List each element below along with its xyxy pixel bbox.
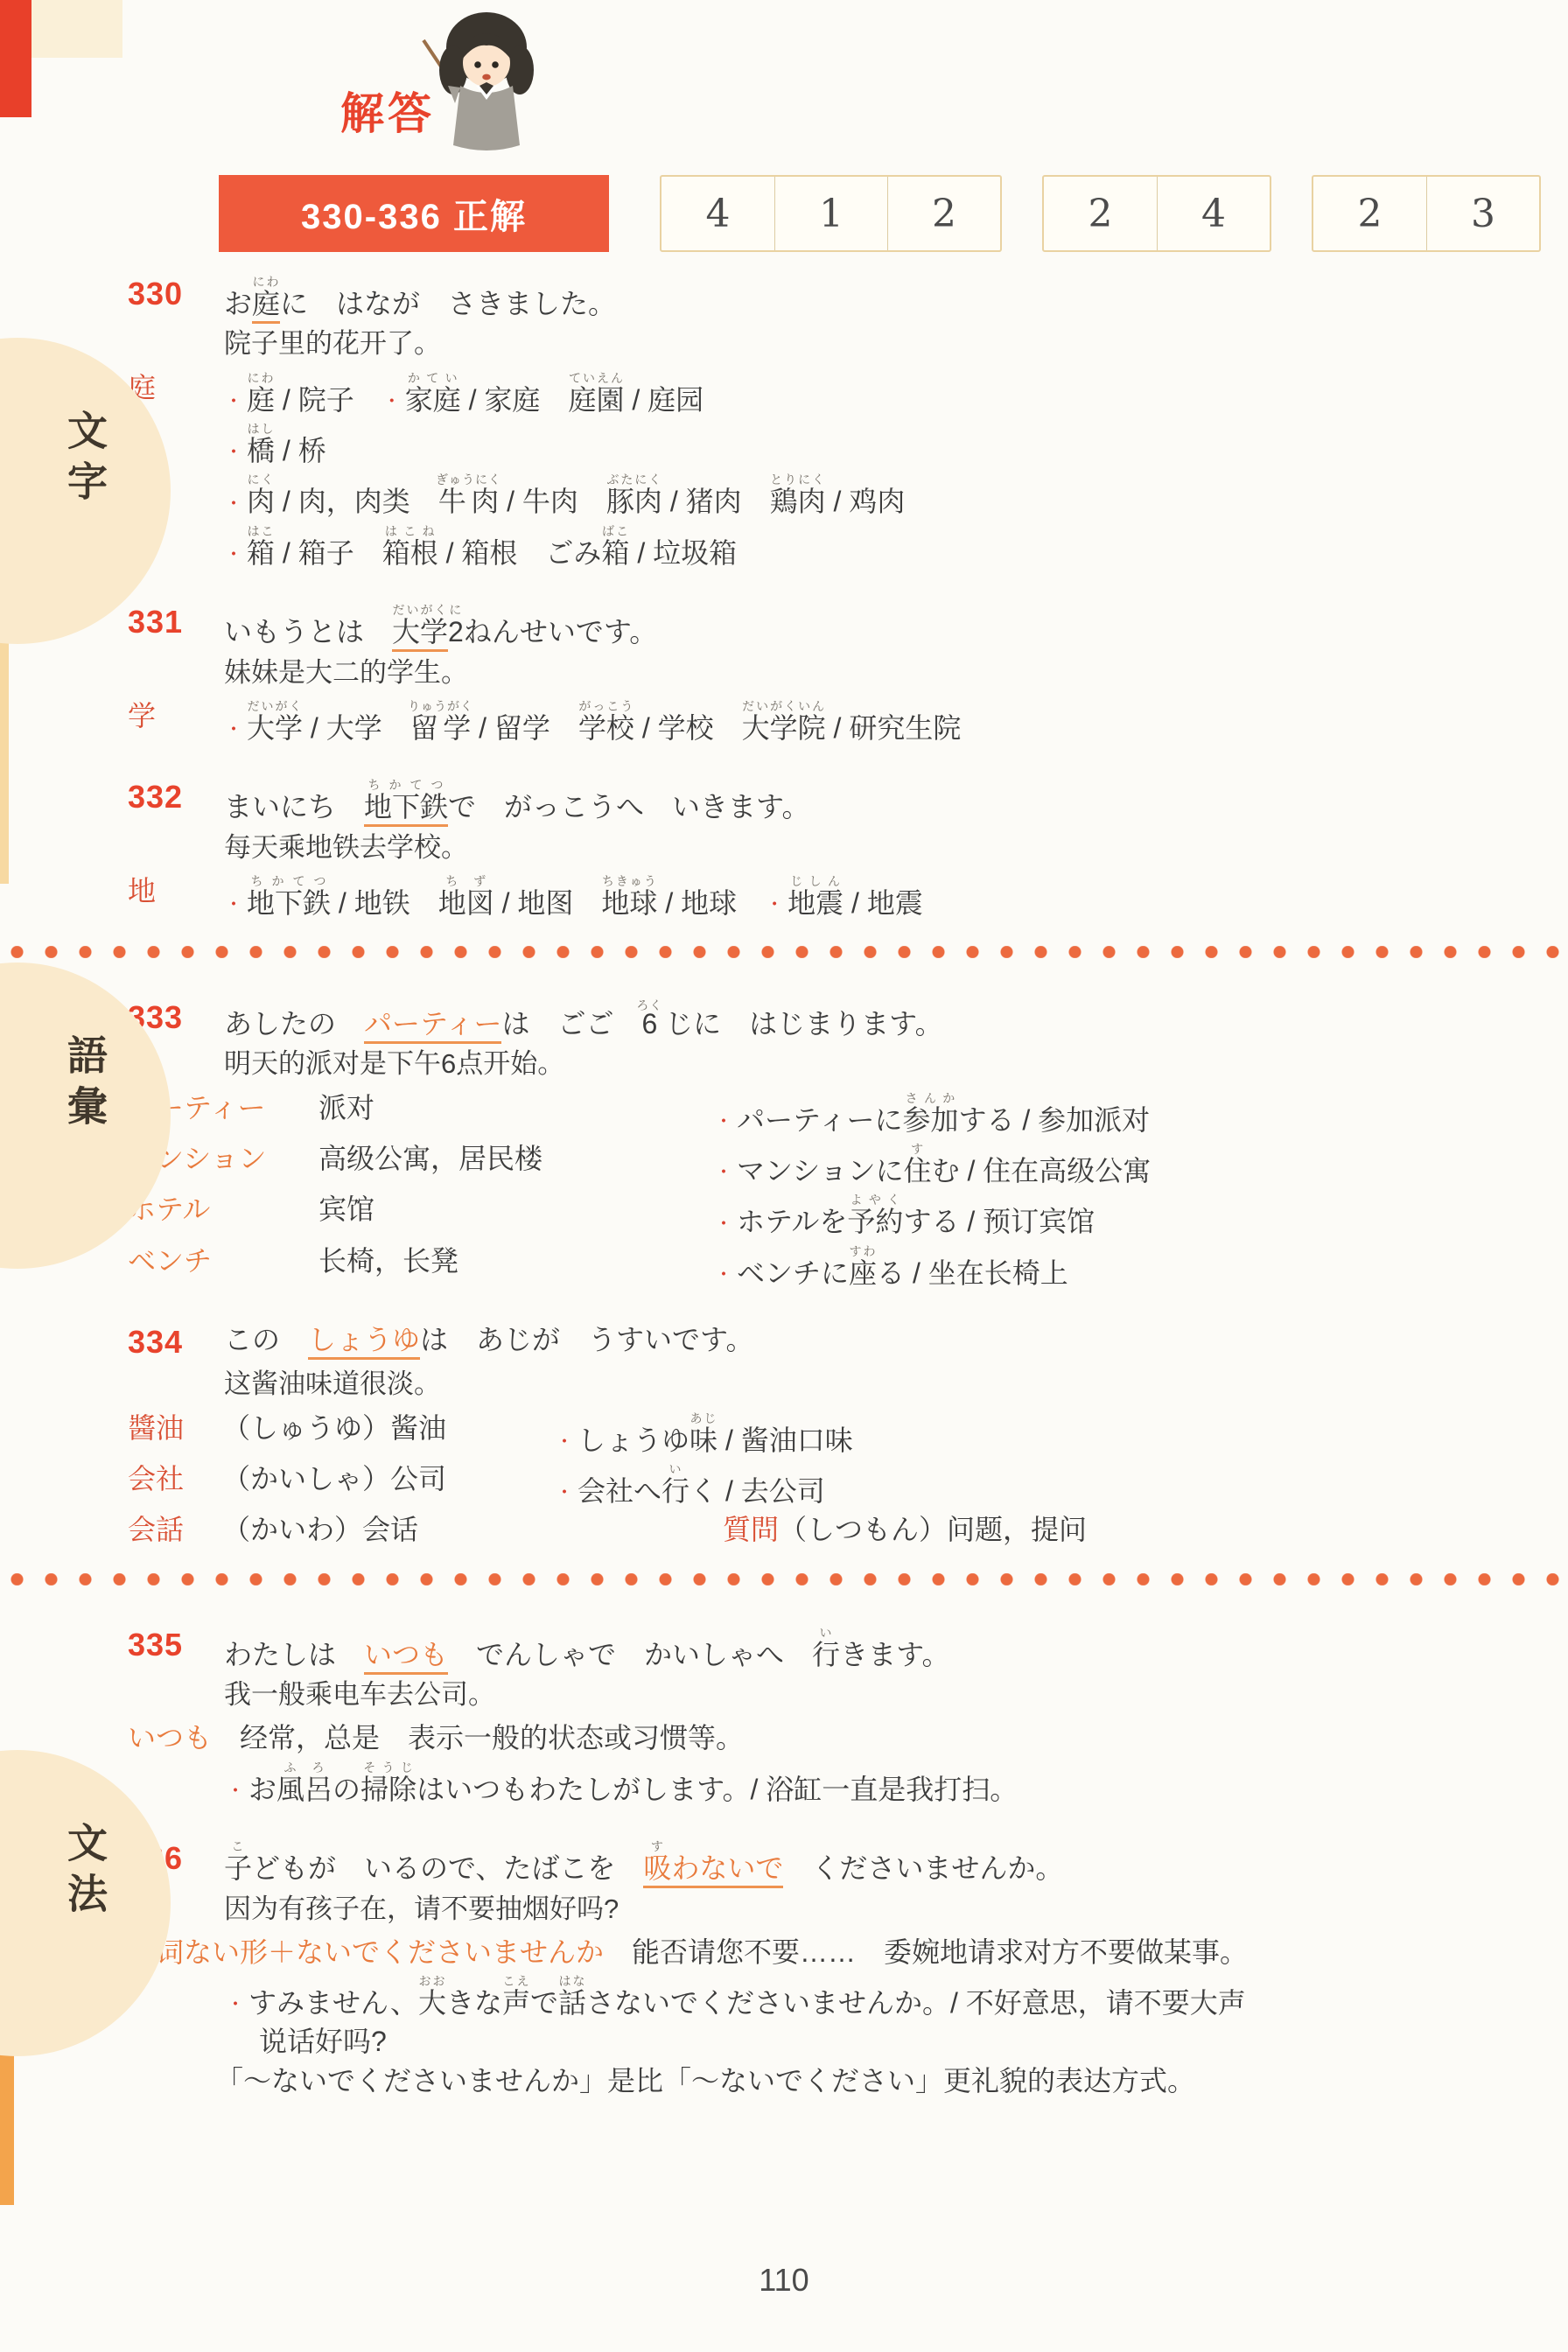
text-segment: / 猪肉	[662, 486, 770, 517]
text-segment: ・	[226, 1993, 245, 2015]
answer-cell: 2	[1044, 177, 1157, 250]
entry-body: ・ベンチに座すわる / 坐在长椅上	[714, 1244, 1491, 1290]
entry-body: ・マンションに住すむ / 住在高级公寓	[714, 1142, 1491, 1187]
question-text: いもうとは 大学だいがく2にねんせいです。	[224, 603, 1491, 648]
text-segment: いつも	[128, 1722, 212, 1753]
answer-cell-group: 24	[1042, 175, 1271, 252]
text-segment: / 庭园	[624, 384, 703, 416]
ruby-text: 庭にわ	[252, 288, 280, 324]
ruby-text: 地下鉄ちかてつ	[364, 791, 448, 827]
text-segment: はいつもわたしがします。/ 浴缸一直是我打扫。	[416, 1774, 1018, 1805]
text-segment: / 家庭	[461, 384, 569, 416]
question-text: あしたの パーティーは ごご 6ろく じに はじまります。	[224, 998, 1491, 1040]
ruby-text: 箱ばこ	[601, 537, 629, 569]
ruby-text: 牛肉ぎゅうにく	[438, 486, 500, 517]
ruby-text: 2に	[448, 616, 464, 647]
text-segment: まいにち	[224, 791, 364, 822]
text-segment: で がっこうへ いきます。	[448, 791, 809, 822]
textbook-page: 文字 語彙 文法 解答 330-336	[0, 0, 1568, 2352]
ruby-text: 話はな	[558, 1987, 586, 2019]
entry-head: 地	[128, 874, 224, 920]
text-segment: すみません、	[248, 1987, 418, 2019]
text-segment: きな	[446, 1987, 502, 2019]
text-segment: 会社へ	[577, 1475, 661, 1507]
text-segment: しょうゆ	[577, 1424, 689, 1456]
text-segment: 質問	[723, 1514, 779, 1545]
entry-row: 会話（かいわ）会话 質問（しつもん）问题，提问	[128, 1513, 1491, 1546]
ruby-text: 鶏肉とりにく	[770, 486, 826, 517]
text-segment: / 地图	[494, 887, 602, 919]
question-text: この しょうゆは あじが うすいです。	[224, 1323, 1491, 1361]
sidebar-tab-grammar-label: 文法	[56, 1822, 114, 1923]
answer-cell: 4	[661, 177, 774, 250]
text-segment: ・	[714, 1110, 733, 1132]
question-line: 330お庭にわに はなが さきました。	[128, 275, 1491, 320]
entry-head: 醬油	[128, 1411, 222, 1457]
entry-row: ホテル宾馆・ホテルを予約よやくする / 预订宾馆	[128, 1193, 1491, 1238]
text-segment: ・	[714, 1213, 733, 1235]
text-segment: あしたの	[224, 1008, 364, 1039]
ruby-text: 肉にく	[247, 486, 275, 517]
answer-cells: 4122423	[660, 175, 1541, 252]
text-segment: / 地震	[843, 887, 923, 919]
entry-head: 会社	[128, 1462, 222, 1508]
entry-body: 質問（しつもん）问题，提问	[555, 1513, 1491, 1546]
text-segment: / 箱子	[275, 537, 382, 569]
question-line: 336子こどもが いるので、たばこを 吸すわないで くださいませんか。	[128, 1839, 1491, 1885]
text-segment: / 学校	[634, 712, 742, 744]
text-segment: ベンチに	[737, 1257, 849, 1289]
text-segment: / 大学	[303, 712, 410, 744]
text-segment: は あじが うすいです。	[420, 1324, 753, 1355]
text-segment: ・	[382, 390, 402, 412]
question-line: 334この しょうゆは あじが うすいです。	[128, 1323, 1491, 1361]
text-segment: わないで	[671, 1852, 783, 1888]
question-line: 335わたしは いつも でんしゃで かいしゃへ 行いきます。	[128, 1626, 1491, 1671]
text-segment: いもうとは	[224, 616, 392, 647]
corner-red-bar	[0, 0, 31, 117]
ruby-text: 箱はこ	[247, 537, 275, 569]
entry-row: 醬油（しゅうゆ）酱油・しょうゆ味あじ / 酱油口味	[128, 1411, 1491, 1457]
ruby-text: 地球ちきゅう	[601, 887, 657, 919]
text-segment: 能否请您不要…… 委婉地请求对方不要做某事。	[604, 1936, 1248, 1968]
text-segment: どもが いるので、たばこを	[252, 1852, 643, 1884]
text-segment: 动词ない形＋ないでくださいませんか	[128, 1936, 604, 1968]
text-segment: く / 去公司	[689, 1475, 825, 1507]
entry-body: ・パーティーに参加さんかする / 参加派对	[714, 1091, 1491, 1137]
ruby-text: 箱根はこね	[382, 537, 438, 569]
entry-row: ・お風呂ふろの掃除そうじはいつもわたしがします。/ 浴缸一直是我打扫。	[226, 1760, 1491, 1806]
ruby-text: 学校がっこう	[578, 712, 634, 744]
text-segment: くださいませんか。	[783, 1852, 1063, 1884]
ruby-text: 味あじ	[689, 1424, 717, 1456]
entry-body: ・箱はこ / 箱子 箱根はこね / 箱根 ごみ箱ばこ / 垃圾箱	[224, 524, 1491, 570]
ruby-text: 行い	[661, 1475, 689, 1507]
entry-reading: （かいしゃ）公司	[222, 1462, 555, 1508]
answer-cell-group: 412	[660, 175, 1002, 252]
mascot-girl-icon	[406, 5, 563, 156]
entry-body: ・ホテルを予約よやくする / 预订宾馆	[714, 1193, 1491, 1238]
entry-head: 学	[128, 699, 224, 745]
ruby-text: 留学りゅうがく	[410, 712, 472, 744]
question-line: 331いもうとは 大学だいがく2にねんせいです。	[128, 603, 1491, 648]
text-segment: 说话好吗?	[259, 2026, 387, 2057]
text-segment: きます。	[840, 1639, 949, 1670]
question-number: 335	[128, 1626, 224, 1671]
text-segment: / 肉，肉类	[275, 486, 438, 517]
translation-line: 每天乘地铁去学校。	[224, 831, 1491, 864]
text-segment: / 鸡肉	[826, 486, 906, 517]
entry-body: ・肉にく / 肉，肉类 牛肉ぎゅうにく / 牛肉 豚肉ぶたにく / 猪肉 鶏肉と…	[224, 472, 1491, 518]
text-segment: は ごご	[501, 1008, 641, 1039]
text-segment: ・	[555, 1431, 574, 1452]
text-segment: / 研究生院	[826, 712, 962, 744]
answer-cell: 2	[1313, 177, 1426, 250]
text-segment: / 酱油口味	[717, 1424, 853, 1456]
text-segment: ・	[226, 1780, 245, 1802]
translation-line: 明天的派对是下午6点开始。	[224, 1047, 1491, 1080]
ruby-text: 家庭かてい	[405, 384, 461, 416]
entry-gloss: 长椅，长凳	[318, 1244, 714, 1290]
sidebar-tab-characters-label: 文字	[56, 409, 114, 511]
text-segment: / 留学	[471, 712, 578, 744]
question-text: 子こどもが いるので、たばこを 吸すわないで くださいませんか。	[224, 1839, 1491, 1885]
translation-line: 因为有孩子在，请不要抽烟好吗?	[224, 1893, 1491, 1925]
entry-row: 橋・橋はし / 桥	[128, 422, 1491, 467]
ruby-text: 予約よやく	[847, 1206, 903, 1237]
answer-cell: 2	[887, 177, 1000, 250]
ruby-text: 豚肉ぶたにく	[606, 486, 662, 517]
answer-key-label: 330-336 正解	[219, 175, 609, 252]
text-segment: パーティー	[364, 1008, 501, 1044]
ruby-text: 大おお	[418, 1987, 446, 2019]
ruby-text: 地震じしん	[787, 887, 843, 919]
ruby-text: 橋はし	[247, 435, 275, 466]
text-segment: さないでくださいませんか。/ 不好意思，请不要大声	[586, 1987, 1246, 2019]
text-segment: ・	[714, 1263, 733, 1285]
question-text: まいにち 地下鉄ちかてつで がっこうへ いきます。	[224, 778, 1491, 823]
question-number: 334	[128, 1323, 224, 1361]
ruby-text: 地下鉄ちかてつ	[247, 887, 331, 919]
ruby-text: 庭にわ	[247, 384, 275, 416]
dotted-separator	[0, 946, 1568, 958]
entry-head: ベンチ	[128, 1244, 318, 1290]
entry-body: ・会社へ行いく / 去公司	[555, 1462, 1491, 1508]
entry-row: 地・地下鉄ちかてつ / 地铁 地図ちず / 地图 地球ちきゅう / 地球 ・地震…	[128, 874, 1491, 920]
text-segment: ・	[224, 441, 243, 463]
entry-row: 肉・肉にく / 肉，肉类 牛肉ぎゅうにく / 牛肉 豚肉ぶたにく / 猪肉 鶏肉…	[128, 472, 1491, 518]
text-segment: する / 参加派对	[958, 1104, 1150, 1136]
entry-row: 说话好吗?	[259, 2025, 1491, 2058]
ruby-text: 庭園ていえん	[568, 384, 624, 416]
text-segment: ・	[765, 893, 784, 915]
text-segment: お	[224, 288, 252, 319]
text-segment: ・	[714, 1161, 733, 1183]
question-text: わたしは いつも でんしゃで かいしゃへ 行いきます。	[224, 1626, 1491, 1671]
text-segment: / 垃圾箱	[629, 537, 737, 569]
entry-row: ・すみません、大おおきな声こえで話はなさないでくださいませんか。/ 不好意思，请…	[226, 1974, 1491, 2019]
entry-body: ・橋はし / 桥	[224, 422, 1491, 467]
translation-line: 妹妹是大二的学生。	[224, 656, 1491, 689]
question-text: お庭にわに はなが さきました。	[224, 275, 1491, 320]
main-column: 解答 330-336 正解 4122423 330お庭にわ	[0, 0, 1568, 2097]
ruby-text: 座すわ	[849, 1257, 877, 1289]
text-segment: / 桥	[275, 435, 326, 466]
ruby-text: 声こえ	[502, 1987, 530, 2019]
entry-reading: （しゅうゆ）酱油	[222, 1411, 555, 1457]
entry-gloss: 宾馆	[318, 1193, 714, 1238]
ruby-text: 大学だいがく	[392, 616, 448, 652]
entry-row: マンション高级公寓，居民楼・マンションに住すむ / 住在高级公寓	[128, 1142, 1491, 1187]
entry-row: 学・大学だいがく / 大学 留学りゅうがく / 留学 学校がっこう / 学校 大…	[128, 699, 1491, 745]
text-segment: この	[224, 1324, 308, 1355]
text-segment: しょうゆ	[308, 1324, 420, 1360]
entry-body: ・庭にわ / 院子 ・家庭かてい / 家庭 庭園ていえん / 庭园	[224, 371, 1491, 416]
text-segment: でんしゃで かいしゃへ	[448, 1639, 812, 1670]
text-segment: / 地球	[657, 887, 765, 919]
page-number: 110	[0, 2262, 1568, 2299]
text-segment: ホテルを	[737, 1206, 847, 1237]
answer-cell: 4	[1157, 177, 1270, 250]
question-number: 331	[128, 603, 224, 648]
answer-cell-group: 23	[1312, 175, 1541, 252]
text-segment: 「〜ないでくださいませんか」是比「〜ないでください」更礼貌的表达方式。	[215, 2065, 1195, 2096]
ruby-text: 行い	[812, 1639, 840, 1670]
entry-row: 会社（かいしゃ）公司・会社へ行いく / 去公司	[128, 1462, 1491, 1508]
entry-row: パーティー派对・パーティーに参加さんかする / 参加派对	[128, 1091, 1491, 1137]
text-segment: に はなが さきました。	[280, 288, 616, 319]
ruby-text: 参加さんか	[902, 1104, 958, 1136]
text-segment: する / 预订宾馆	[903, 1206, 1095, 1237]
question-line: 333あしたの パーティーは ごご 6ろく じに はじまります。	[128, 998, 1491, 1040]
page-header: 解答	[128, 5, 1491, 163]
entry-row: 「〜ないでくださいませんか」是比「〜ないでください」更礼貌的表达方式。	[215, 2064, 1491, 2097]
ruby-text: 住す	[904, 1155, 932, 1186]
text-segment: ・	[224, 390, 243, 412]
text-segment: （しつもん）问题，提问	[779, 1514, 1087, 1545]
ruby-text: 掃除そうじ	[360, 1774, 416, 1805]
text-segment: ごみ	[545, 537, 601, 569]
ruby-text: 吸す	[643, 1852, 671, 1888]
translation-line: 院子里的花开了。	[224, 327, 1491, 360]
entry-gloss: 派对	[318, 1091, 714, 1137]
answer-key-row: 330-336 正解 4122423	[219, 175, 1491, 252]
translation-line: 我一般乘电车去公司。	[224, 1678, 1491, 1711]
entry-row: 动词ない形＋ないでくださいませんか 能否请您不要…… 委婉地请求对方不要做某事。	[128, 1935, 1491, 1969]
entry-head: 会話	[128, 1513, 222, 1546]
entry-reading: （かいわ）会话	[222, 1513, 555, 1546]
text-segment: ・	[224, 543, 243, 565]
entry-row: 箱・箱はこ / 箱子 箱根はこね / 箱根 ごみ箱ばこ / 垃圾箱	[128, 524, 1491, 570]
text-segment: む / 住在高级公寓	[932, 1155, 1151, 1186]
text-segment: ・	[224, 718, 243, 740]
question-number: 332	[128, 778, 224, 823]
dotted-separator	[0, 1573, 1568, 1585]
entry-row: ベンチ长椅，长凳・ベンチに座すわる / 坐在长椅上	[128, 1244, 1491, 1290]
section: 330お庭にわに はなが さきました。院子里的花开了。庭・庭にわ / 院子 ・家…	[128, 275, 1491, 920]
answer-content: 330お庭にわに はなが さきました。院子里的花开了。庭・庭にわ / 院子 ・家…	[128, 275, 1491, 2097]
entry-row: 庭・庭にわ / 院子 ・家庭かてい / 家庭 庭園ていえん / 庭园	[128, 371, 1491, 416]
ruby-text: 大学だいがく	[247, 712, 303, 744]
ruby-text: 子こ	[224, 1852, 252, 1884]
text-segment: で	[530, 1987, 558, 2019]
entry-body: ・しょうゆ味あじ / 酱油口味	[555, 1411, 1491, 1457]
question-line: 332まいにち 地下鉄ちかてつで がっこうへ いきます。	[128, 778, 1491, 823]
translation-line: 这酱油味道很淡。	[224, 1368, 1491, 1400]
entry-row: いつも 经常，总是 表示一般的状态或习惯等。	[128, 1721, 1491, 1754]
text-segment: / 箱根	[438, 537, 546, 569]
section: 333あしたの パーティーは ごご 6ろく じに はじまります。明天的派对是下午…	[128, 998, 1491, 1547]
question-number: 330	[128, 275, 224, 320]
text-segment: ねんせいです。	[464, 616, 657, 647]
text-segment: / 院子	[275, 384, 382, 416]
text-segment: ・	[224, 493, 243, 514]
text-segment: マンションに	[737, 1155, 904, 1186]
entry-body: ・大学だいがく / 大学 留学りゅうがく / 留学 学校がっこう / 学校 大学…	[224, 699, 1491, 745]
answer-cell: 1	[774, 177, 887, 250]
entry-gloss: 高级公寓，居民楼	[318, 1142, 714, 1187]
ruby-text: 地図ちず	[438, 887, 494, 919]
text-segment: いつも	[364, 1639, 448, 1675]
ruby-text: 6ろく	[641, 1008, 657, 1039]
ruby-text: 大学院だいがくいん	[742, 712, 826, 744]
section: 335わたしは いつも でんしゃで かいしゃへ 行いきます。我一般乘电车去公司。…	[128, 1626, 1491, 2098]
sidebar-tab-vocabulary-label: 語彙	[56, 1034, 114, 1136]
text-segment: お	[248, 1774, 276, 1805]
answer-cell: 3	[1426, 177, 1539, 250]
text-segment: ・	[555, 1481, 574, 1503]
text-segment	[555, 1514, 723, 1545]
entry-head: ホテル	[128, 1193, 318, 1238]
text-segment: の	[332, 1774, 360, 1805]
entry-body: ・地下鉄ちかてつ / 地铁 地図ちず / 地图 地球ちきゅう / 地球 ・地震じ…	[224, 874, 1491, 920]
text-segment: / 地铁	[331, 887, 438, 919]
text-segment: じに はじまります。	[657, 1008, 942, 1039]
text-segment: / 牛肉	[499, 486, 606, 517]
text-segment: パーティーに	[737, 1104, 902, 1136]
text-segment: 经常，总是 表示一般的状态或习惯等。	[212, 1722, 744, 1753]
text-segment: る / 坐在长椅上	[877, 1257, 1068, 1289]
text-segment: わたしは	[224, 1639, 364, 1670]
text-segment: ・	[224, 893, 243, 915]
ruby-text: 風呂ふろ	[276, 1774, 332, 1805]
